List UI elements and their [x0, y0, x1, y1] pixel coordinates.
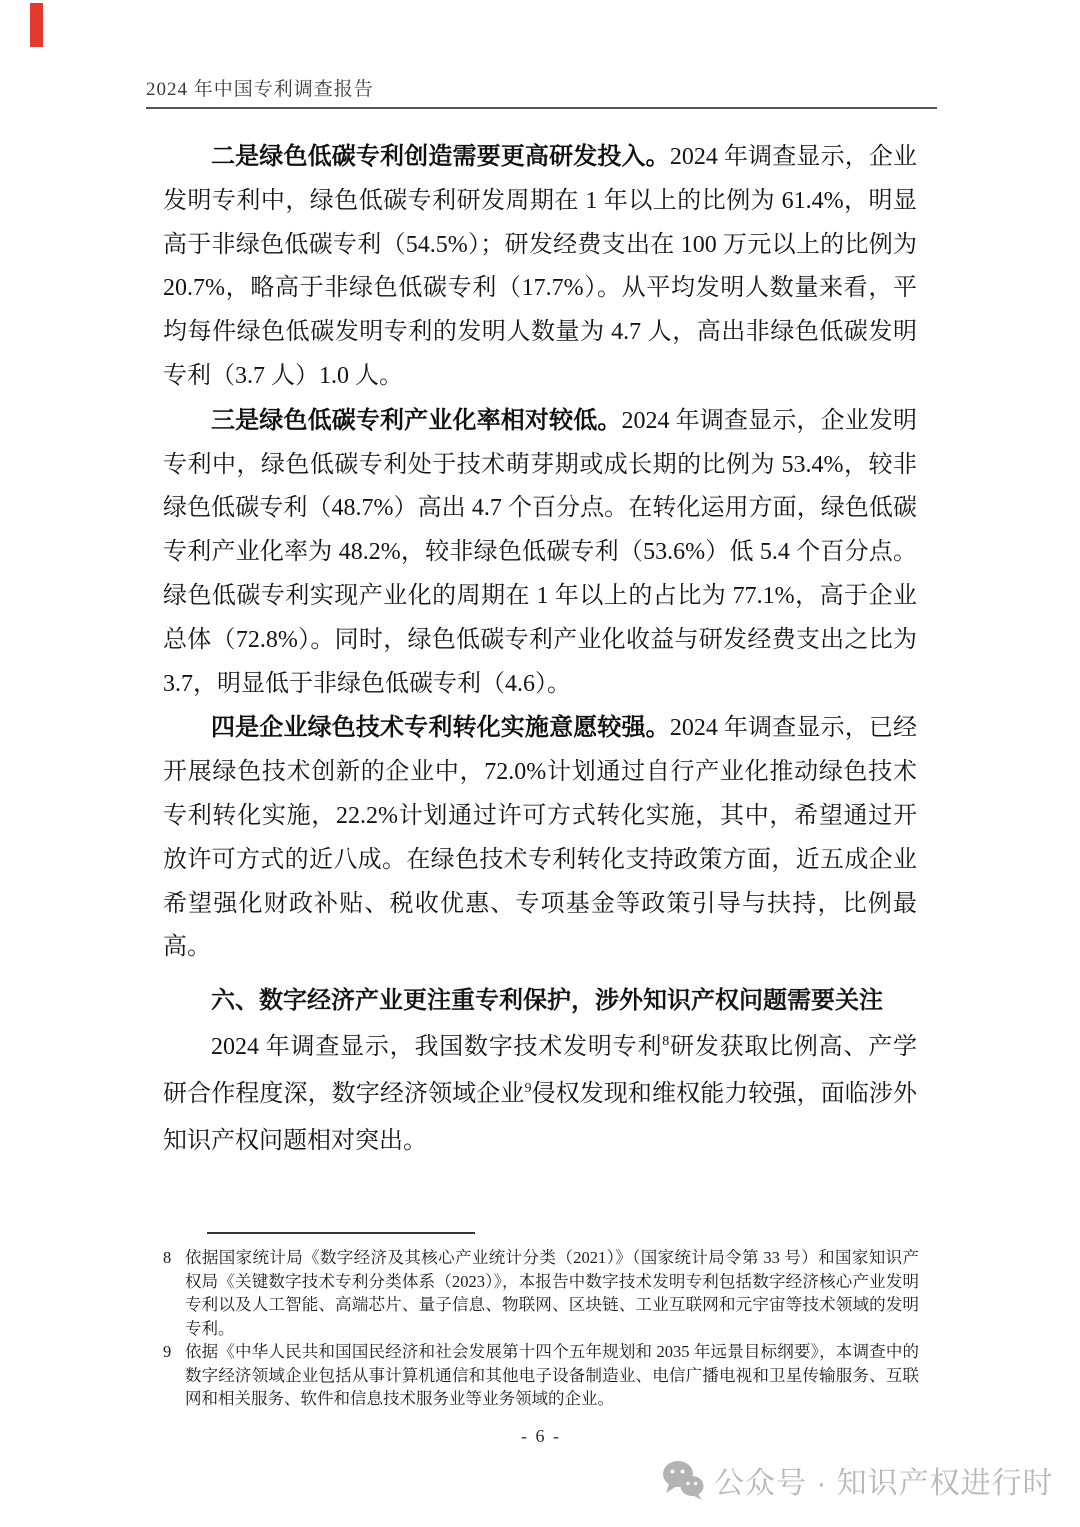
- paragraph: 四是企业绿色技术专利转化实施意愿较强。2024 年调查显示，已经开展绿色技术创新…: [163, 706, 917, 970]
- footnote-marker: 9: [163, 1340, 185, 1411]
- paragraph-lead: 四是企业绿色技术专利转化实施意愿较强。: [211, 714, 670, 741]
- section-heading: 六、数字经济产业更注重专利保护，涉外知识产权问题需要关注: [163, 977, 917, 1024]
- wechat-icon: [662, 1460, 704, 1500]
- paragraph-text: 2024 年调查显示，企业发明专利中，绿色低碳专利研发周期在 1 年以上的比例为…: [163, 144, 917, 389]
- paragraph-text: 2024 年调查显示，已经开展绿色技术创新的企业中，72.0%计划通过自行产业化…: [163, 715, 917, 960]
- footnote-marker: 8: [163, 1246, 185, 1340]
- page-header: 2024 年中国专利调查报告: [146, 74, 937, 109]
- watermark-text: 公众号 · 知识产权进行时: [714, 1458, 1054, 1502]
- page-number: - 6 -: [0, 1426, 1080, 1447]
- footnote-text: 依据国家统计局《数字经济及其核心产业统计分类（2021）》（国家统计局令第 33…: [185, 1246, 919, 1340]
- paragraph: 2024 年调查显示，我国数字技术发明专利8研发获取比例高、产学研合作程度深，数…: [163, 1024, 917, 1165]
- footnote: 8 依据国家统计局《数字经济及其核心产业统计分类（2021）》（国家统计局令第 …: [163, 1246, 919, 1340]
- report-page: 2024 年中国专利调查报告 二是绿色低碳专利创造需要更高研发投入。2024 年…: [0, 0, 1080, 1527]
- paragraph: 二是绿色低碳专利创造需要更高研发投入。2024 年调查显示，企业发明专利中，绿色…: [163, 135, 917, 399]
- red-bookmark-bar: [30, 3, 43, 47]
- paragraph-lead: 三是绿色低碳专利产业化率相对较低。: [211, 407, 622, 434]
- body-text: 二是绿色低碳专利创造需要更高研发投入。2024 年调查显示，企业发明专利中，绿色…: [163, 135, 917, 1165]
- paragraph-text: 2024 年调查显示，我国数字技术发明专利: [211, 1034, 662, 1060]
- footnote-text: 依据《中华人民共和国国民经济和社会发展第十四个五年规划和 2035 年远景目标纲…: [185, 1340, 919, 1411]
- footnote-separator: [207, 1232, 475, 1234]
- paragraph-text: 2024 年调查显示，企业发明专利中，绿色低碳专利处于技术萌芽期或成长期的比例为…: [163, 408, 917, 697]
- footnotes: 8 依据国家统计局《数字经济及其核心产业统计分类（2021）》（国家统计局令第 …: [163, 1246, 919, 1411]
- watermark: 公众号 · 知识产权进行时: [662, 1458, 1054, 1502]
- footnote: 9 依据《中华人民共和国国民经济和社会发展第十四个五年规划和 2035 年远景目…: [163, 1340, 919, 1411]
- paragraph-lead: 二是绿色低碳专利创造需要更高研发投入。: [211, 143, 670, 170]
- report-title: 2024 年中国专利调查报告: [146, 79, 374, 100]
- paragraph: 三是绿色低碳专利产业化率相对较低。2024 年调查显示，企业发明专利中，绿色低碳…: [163, 399, 917, 707]
